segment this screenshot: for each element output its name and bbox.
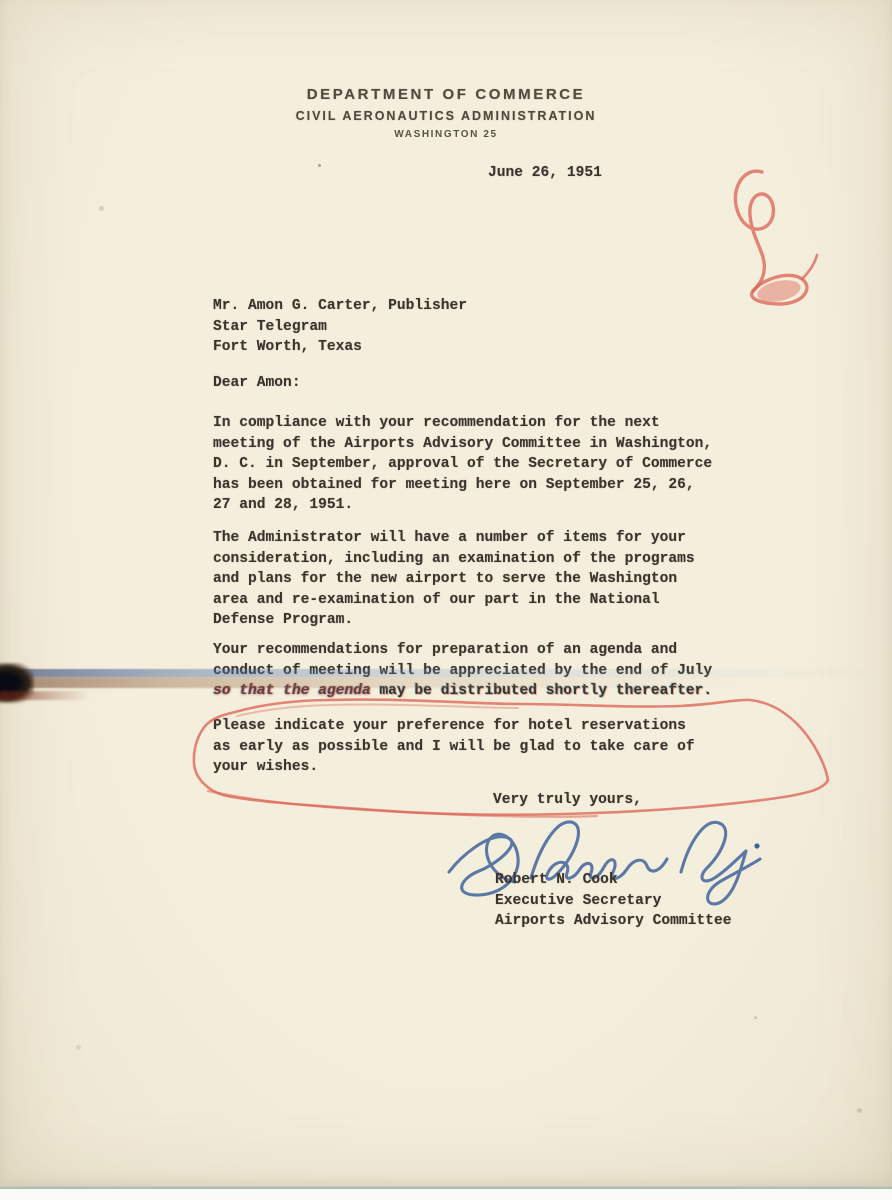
body-line: and plans for the new airport to serve t… <box>213 569 677 590</box>
date-line: June 26, 1951 <box>488 163 602 184</box>
letterhead-city: WASHINGTON 25 <box>0 129 892 140</box>
recipient-city: Fort Worth, Texas <box>213 337 362 358</box>
scanned-letter-page: DEPARTMENT OF COMMERCE CIVIL AERONAUTICS… <box>0 0 892 1200</box>
body-line: The Administrator will have a number of … <box>213 528 686 549</box>
circled-body-line: your wishes. <box>213 757 318 778</box>
recipient-name: Mr. Amon G. Carter, Publisher <box>213 296 467 317</box>
body-line: In compliance with your recommendation f… <box>213 413 660 434</box>
closing-line: Very truly yours, <box>493 790 642 811</box>
scan-artifact-blue-streak <box>0 669 892 677</box>
letterhead-department: DEPARTMENT OF COMMERCE <box>0 86 892 103</box>
recipient-company: Star Telegram <box>213 317 327 338</box>
body-line: has been obtained for meeting here on Se… <box>213 475 695 496</box>
letterhead-agency: CIVIL AERONAUTICS ADMINISTRATION <box>0 109 892 123</box>
salutation: Dear Amon: <box>213 373 301 394</box>
circled-body-line: Please indicate your preference for hote… <box>213 716 686 737</box>
body-line: 27 and 28, 1951. <box>213 495 353 516</box>
body-line: area and re-examination of our part in t… <box>213 590 660 611</box>
scan-artifact-brown-streak <box>0 677 892 688</box>
letterhead: DEPARTMENT OF COMMERCE CIVIL AERONAUTICS… <box>0 86 892 140</box>
body-line: consideration, including an examination … <box>213 549 695 570</box>
scan-artifact-red-tail <box>0 691 90 700</box>
paper-specks <box>318 164 321 167</box>
circled-body-line: as early as possible and I will be glad … <box>213 737 695 758</box>
signer-committee: Airports Advisory Committee <box>495 911 731 932</box>
body-line: meeting of the Airports Advisory Committ… <box>213 434 712 455</box>
signer-title: Executive Secretary <box>495 891 661 912</box>
body-line: Defense Program. <box>213 610 353 631</box>
signer-name: Robert N. Cook <box>495 870 618 891</box>
body-line: D. C. in September, approval of the Secr… <box>213 454 712 475</box>
body-line: Your recommendations for preparation of … <box>213 640 677 661</box>
scanner-background <box>0 1189 892 1200</box>
